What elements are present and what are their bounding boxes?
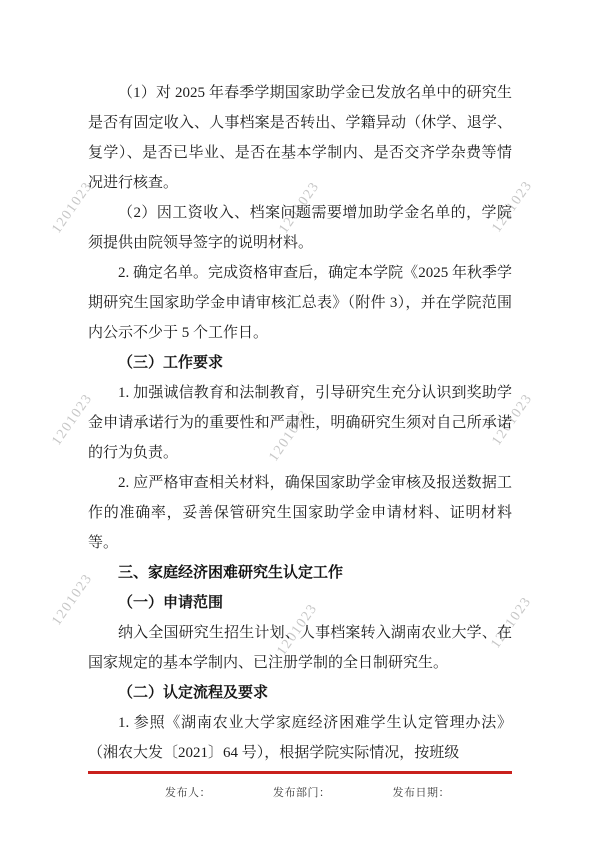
section-heading: 三、家庭经济困难研究生认定工作 (88, 558, 512, 588)
paragraph: （2）因工资收入、档案问题需要增加助学金名单的，学院须提供由院领导签字的说明材料… (88, 198, 512, 258)
paragraph: 2. 确定名单。完成资格审查后，确定本学院《2025 年秋季学期研究生国家助学金… (88, 258, 512, 348)
paragraph: 1. 加强诚信教育和法制教育，引导研究生充分认识到奖助学金申请承诺行为的重要性和… (88, 378, 512, 468)
paragraph: 纳入全国研究生招生计划、人事档案转入湖南农业大学、在国家规定的基本学制内、已注册… (88, 618, 512, 678)
publisher-label: 发布人： (165, 784, 211, 800)
footer: 发布人： 发布部门： 发布日期： (0, 784, 600, 800)
section-heading: （三）工作要求 (88, 348, 512, 378)
department-label: 发布部门： (273, 784, 331, 800)
paragraph: 2. 应严格审查相关材料，确保国家助学金审核及报送数据工作的准确率，妥善保管研究… (88, 468, 512, 558)
date-label: 发布日期： (393, 784, 451, 800)
footer-divider-rule (88, 771, 512, 774)
section-heading: （一）申请范围 (88, 588, 512, 618)
paragraph: 1. 参照《湖南农业大学家庭经济困难学生认定管理办法》（湘农大发〔2021〕64… (88, 708, 512, 768)
section-heading: （二）认定流程及要求 (88, 678, 512, 708)
paragraph: （1）对 2025 年春季学期国家助学金已发放名单中的研究生是否有固定收入、人事… (88, 78, 512, 198)
document-body: （1）对 2025 年春季学期国家助学金已发放名单中的研究生是否有固定收入、人事… (88, 78, 512, 768)
document-page: 1201023120102312010231201023120102312010… (0, 0, 600, 848)
